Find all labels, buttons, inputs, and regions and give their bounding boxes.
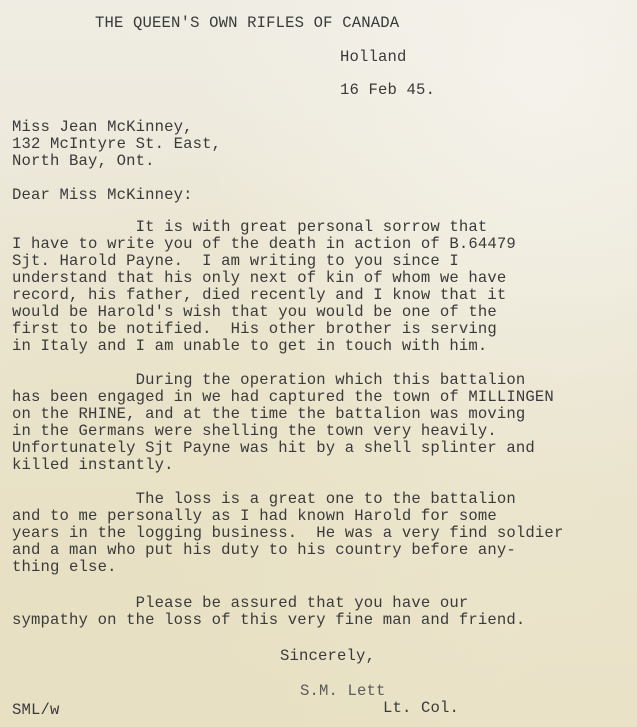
- paragraph-line: I have to write you of the death in acti…: [12, 236, 516, 253]
- paragraph-line: years in the logging business. He was a …: [12, 525, 563, 542]
- place: Holland: [340, 49, 407, 66]
- paragraph-line: Please be assured that you have our: [12, 595, 525, 612]
- paragraph-line: The loss is a great one to the battalion: [12, 491, 563, 508]
- paragraph-line: and a man who put his duty to his countr…: [12, 542, 563, 559]
- paragraph-line: first to be notified. His other brother …: [12, 321, 516, 338]
- recipient-address: Miss Jean McKinney, 132 McIntyre St. Eas…: [12, 119, 221, 170]
- closing: Sincerely,: [280, 648, 375, 665]
- paragraph-line: sympathy on the loss of this very fine m…: [12, 612, 525, 629]
- date: 16 Feb 45.: [340, 82, 435, 99]
- signature-name: S.M. Lett: [300, 683, 386, 700]
- paragraph-1: It is with great personal sorrow that I …: [12, 219, 516, 355]
- letter-page: THE QUEEN'S OWN RIFLES OF CANADA Holland…: [0, 0, 637, 727]
- paragraph-line: on the RHINE, and at the time the battal…: [12, 406, 554, 423]
- paragraph-line: and to me personally as I had known Haro…: [12, 508, 563, 525]
- signature-rank: Lt. Col.: [383, 700, 459, 717]
- letterhead: THE QUEEN'S OWN RIFLES OF CANADA: [95, 15, 399, 32]
- paragraph-line: It is with great personal sorrow that: [12, 219, 516, 236]
- paragraph-3: The loss is a great one to the battalion…: [12, 491, 563, 576]
- recipient-city: North Bay, Ont.: [12, 153, 221, 170]
- paragraph-line: thing else.: [12, 559, 563, 576]
- paragraph-line: would be Harold's wish that you would be…: [12, 304, 516, 321]
- salutation: Dear Miss McKinney:: [12, 187, 193, 204]
- paragraph-line: killed instantly.: [12, 457, 554, 474]
- paragraph-2: During the operation which this battalio…: [12, 372, 554, 474]
- recipient-street: 132 McIntyre St. East,: [12, 136, 221, 153]
- recipient-name: Miss Jean McKinney,: [12, 119, 221, 136]
- paragraph-line: has been engaged in we had captured the …: [12, 389, 554, 406]
- paragraph-line: During the operation which this battalio…: [12, 372, 554, 389]
- paragraph-line: in the Germans were shelling the town ve…: [12, 423, 554, 440]
- reference-initials: SML/w: [12, 702, 60, 719]
- paragraph-line: understand that his only next of kin of …: [12, 270, 516, 287]
- paragraph-4: Please be assured that you have our symp…: [12, 595, 525, 629]
- paragraph-line: Unfortunately Sjt Payne was hit by a she…: [12, 440, 554, 457]
- paragraph-line: record, his father, died recently and I …: [12, 287, 516, 304]
- paragraph-line: Sjt. Harold Payne. I am writing to you s…: [12, 253, 516, 270]
- paragraph-line: in Italy and I am unable to get in touch…: [12, 338, 516, 355]
